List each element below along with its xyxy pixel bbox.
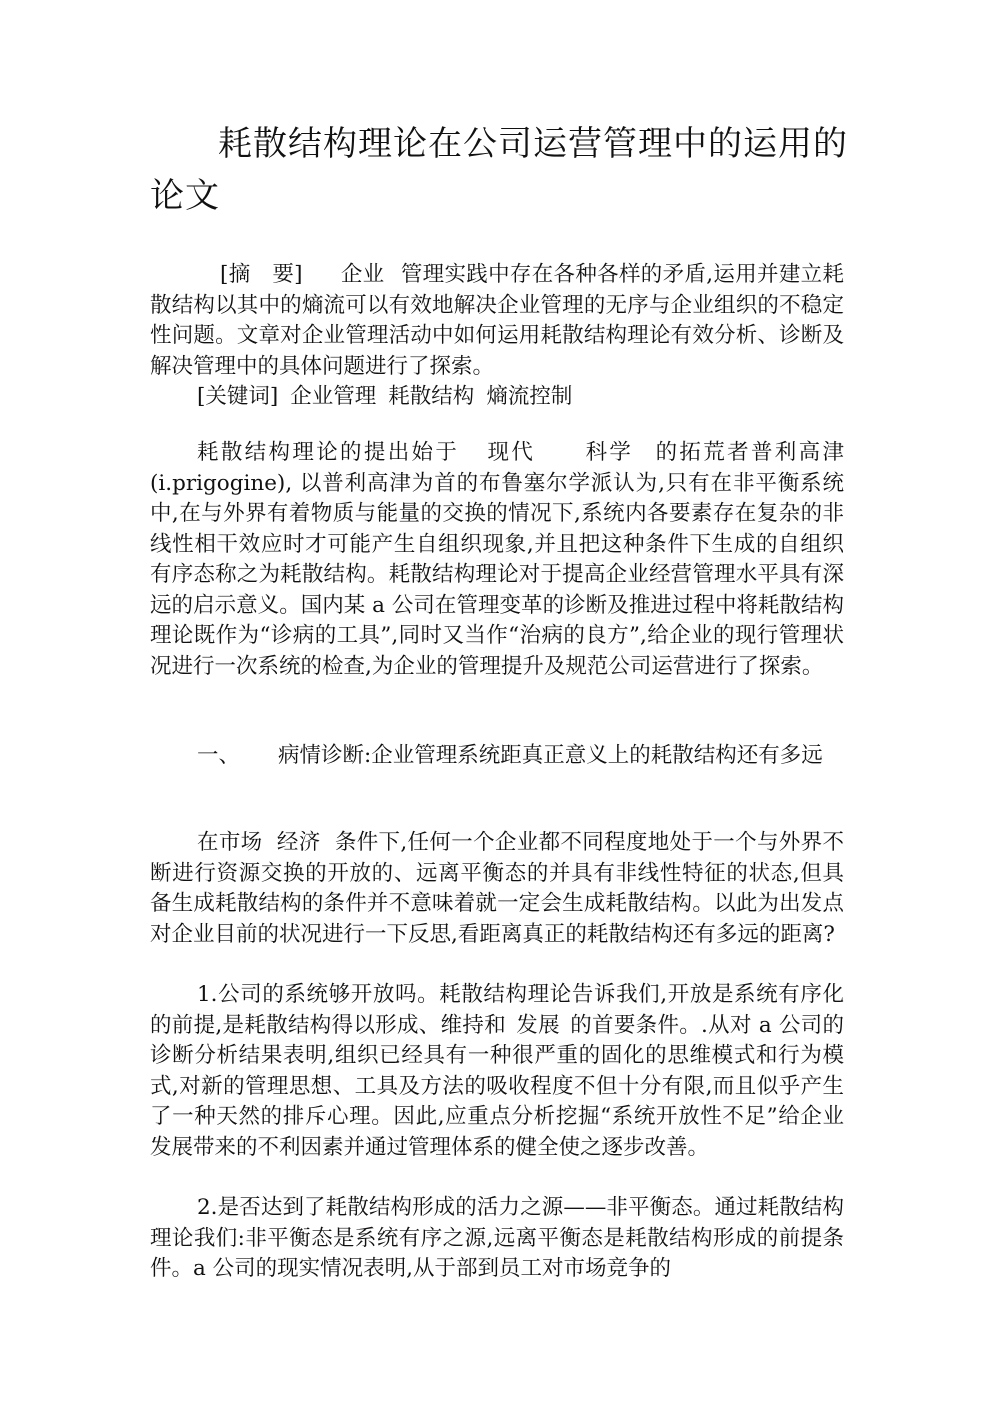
section-title: 病情诊断:企业管理系统距真正意义上的耗散结构还有多远 <box>278 743 823 768</box>
intro-term: 现代 <box>485 440 535 465</box>
intro-paragraph: 耗散结构理论的提出始于现代科学的拓荒者普利高津(i.prigogine), 以普… <box>150 438 844 682</box>
abstract-lead: 企业 <box>341 262 385 287</box>
document-title: 耗散结构理论在公司运营管理中的运用的论文 <box>150 118 850 222</box>
intro-text: 的拓荒者普利高津(i.prigogine), 以普利高津为首的布鲁塞尔学派认为,… <box>150 440 844 679</box>
document-page: 耗散结构理论在公司运营管理中的运用的论文 [摘 要]企业管理实践中存在各种各样的… <box>0 0 993 1404</box>
keyword-item: 熵流控制 <box>486 384 572 409</box>
point2-paragraph: 2.是否达到了耗散结构形成的活力之源——非平衡态。通过耗散结构理论我们:非平衡态… <box>150 1193 844 1285</box>
keyword-item: 企业管理 <box>290 384 376 409</box>
paragraph-text: 在市场 <box>197 830 263 855</box>
section-heading: 一、病情诊断:企业管理系统距真正意义上的耗散结构还有多远 <box>150 741 844 772</box>
keywords-line: [关键词]企业管理耗散结构熵流控制 <box>150 382 844 413</box>
keyword-item: 耗散结构 <box>388 384 474 409</box>
intro-text: 耗散结构理论的提出始于 <box>197 440 459 465</box>
section1-paragraph: 在市场经济条件下,任何一个企业都不同程度地处于一个与外界不断进行资源交换的开放的… <box>150 828 844 950</box>
paragraph-term: 经济 <box>277 830 321 855</box>
intro-term: 科学 <box>583 440 633 465</box>
abstract-label: [摘 要] <box>150 262 303 287</box>
paragraph-term: 发展 <box>516 1013 560 1038</box>
section-number: 一、 <box>197 743 240 768</box>
point1-paragraph: 1.公司的系统够开放吗。耗散结构理论告诉我们,开放是系统有序化的前提,是耗散结构… <box>150 980 844 1163</box>
keywords-label: [关键词] <box>197 384 278 409</box>
abstract-paragraph: [摘 要]企业管理实践中存在各种各样的矛盾,运用并建立耗散结构以其中的熵流可以有… <box>150 260 844 382</box>
